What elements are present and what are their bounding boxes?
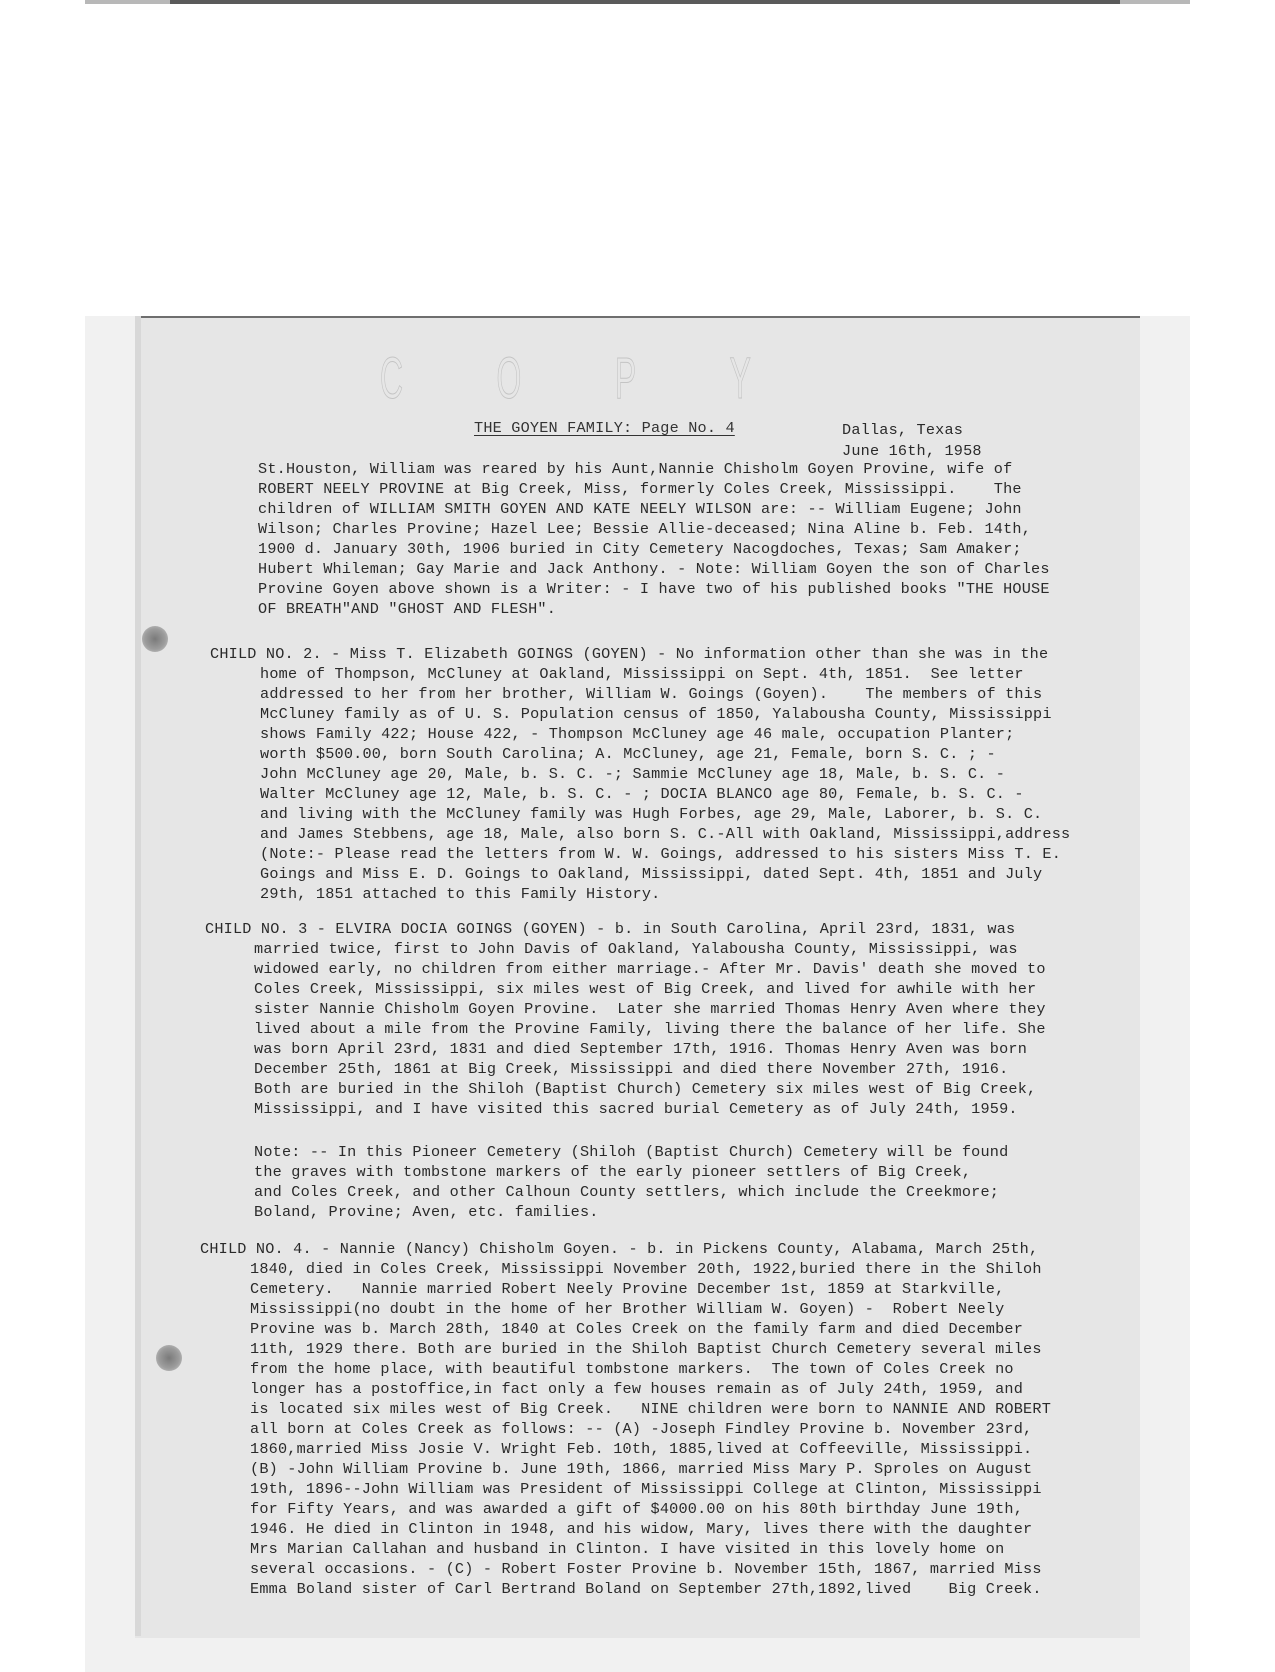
child-2-line: John McCluney age 20, Male, b. S. C. -; … [260, 765, 1005, 783]
child-4-line: 1946. He died in Clinton in 1948, and hi… [250, 1520, 1032, 1538]
child-4-line: Emma Boland sister of Carl Bertrand Bola… [250, 1580, 1042, 1598]
child-4-line: Mississippi(no doubt in the home of her … [250, 1300, 1004, 1318]
child-3-line: Mississippi, and I have visited this sac… [254, 1100, 1018, 1118]
header-location: Dallas, Texas [842, 421, 963, 439]
child-4-line: (B) -John William Provine b. June 19th, … [250, 1460, 1032, 1478]
note-line: and Coles Creek, and other Calhoun Count… [254, 1183, 999, 1201]
child-3-heading-line: CHILD NO. 3 - ELVIRA DOCIA GOINGS (GOYEN… [205, 920, 1015, 938]
child-2-line: Goings and Miss E. D. Goings to Oakland,… [260, 865, 1042, 883]
copy-watermark: C O P Y [380, 345, 688, 412]
child-4-line: several occasions. - (C) - Robert Foster… [250, 1560, 1042, 1578]
child-2-line: and living with the McCluney family was … [260, 805, 1042, 823]
watermark-letter: P [615, 345, 636, 412]
child-3-line: lived about a mile from the Provine Fami… [254, 1020, 1046, 1038]
note-line: Boland, Provine; Aven, etc. families. [254, 1203, 599, 1221]
intro-line: Wilson; Charles Provine; Hazel Lee; Bess… [258, 520, 1031, 538]
punch-hole-icon [156, 1345, 182, 1371]
intro-line: St.Houston, William was reared by his Au… [258, 460, 1012, 478]
watermark-letter: C [380, 345, 403, 412]
note-line: Note: -- In this Pioneer Cemetery (Shilo… [254, 1143, 1008, 1161]
child-3-line: December 25th, 1861 at Big Creek, Missis… [254, 1060, 1008, 1078]
child-3-line: married twice, first to John Davis of Oa… [254, 940, 1018, 958]
child-2-line: home of Thompson, McCluney at Oakland, M… [260, 665, 1024, 683]
child-2-line: McCluney family as of U. S. Population c… [260, 705, 1052, 723]
note-line: the graves with tombstone markers of the… [254, 1163, 971, 1181]
child-4-line: Mrs Marian Callahan and husband in Clint… [250, 1540, 1004, 1558]
intro-line: 1900 d. January 30th, 1906 buried in Cit… [258, 540, 1022, 558]
child-3-line: Coles Creek, Mississippi, six miles west… [254, 980, 1036, 998]
child-4-line: is located six miles west of Big Creek. … [250, 1400, 1051, 1418]
child-2-line: Walter McCluney age 12, Male, b. S. C. -… [260, 785, 1024, 803]
intro-line: children of WILLIAM SMITH GOYEN AND KATE… [258, 500, 1022, 518]
child-4-heading-line: CHILD NO. 4. - Nannie (Nancy) Chisholm G… [200, 1240, 1038, 1258]
child-2-line: addressed to her from her brother, Willi… [260, 685, 1042, 703]
child-2-line: 29th, 1851 attached to this Family Histo… [260, 885, 661, 903]
child-2-line: (Note:- Please read the letters from W. … [260, 845, 1061, 863]
child-2-heading-line: CHILD NO. 2. - Miss T. Elizabeth GOINGS … [210, 645, 1048, 663]
page-title: THE GOYEN FAMILY: Page No. 4 [474, 419, 735, 437]
child-4-line: 1860,married Miss Josie V. Wright Feb. 1… [250, 1440, 1032, 1458]
intro-line: ROBERT NEELY PROVINE at Big Creek, Miss,… [258, 480, 1022, 498]
child-4-line: 11th, 1929 there. Both are buried in the… [250, 1340, 1042, 1358]
intro-line: Provine Goyen above shown is a Writer: -… [258, 580, 1050, 598]
child-3-line: Both are buried in the Shiloh (Baptist C… [254, 1080, 1036, 1098]
child-3-line: sister Nannie Chisholm Goyen Provine. La… [254, 1000, 1046, 1018]
child-4-line: Provine was b. March 28th, 1840 at Coles… [250, 1320, 1023, 1338]
child-4-line: longer has a postoffice,in fact only a f… [250, 1380, 1023, 1398]
page-edge [135, 316, 141, 1636]
intro-line: Hubert Whileman; Gay Marie and Jack Anth… [258, 560, 1050, 578]
previous-page-edge [85, 0, 1190, 4]
child-4-line: Cemetery. Nannie married Robert Neely Pr… [250, 1280, 1004, 1298]
child-4-line: 19th, 1896--John William was President o… [250, 1480, 1042, 1498]
watermark-letter: Y [730, 345, 751, 412]
child-4-line: 1840, died in Coles Creek, Mississippi N… [250, 1260, 1042, 1278]
child-2-line: worth $500.00, born South Carolina; A. M… [260, 745, 996, 763]
watermark-letter: O [497, 345, 522, 412]
header-date: June 16th, 1958 [842, 442, 982, 460]
child-2-line: shows Family 422; House 422, - Thompson … [260, 725, 1014, 743]
punch-hole-icon [142, 626, 168, 652]
child-3-line: widowed early, no children from either m… [254, 960, 1046, 978]
child-2-line: and James Stebbens, age 18, Male, also b… [260, 825, 1070, 843]
child-4-line: from the home place, with beautiful tomb… [250, 1360, 1014, 1378]
child-3-line: was born April 23rd, 1831 and died Septe… [254, 1040, 1027, 1058]
child-4-line: all born at Coles Creek as follows: -- (… [250, 1420, 1032, 1438]
intro-line: OF BREATH"AND "GHOST AND FLESH". [258, 600, 556, 618]
child-4-line: for Fifty Years, and was awarded a gift … [250, 1500, 1023, 1518]
